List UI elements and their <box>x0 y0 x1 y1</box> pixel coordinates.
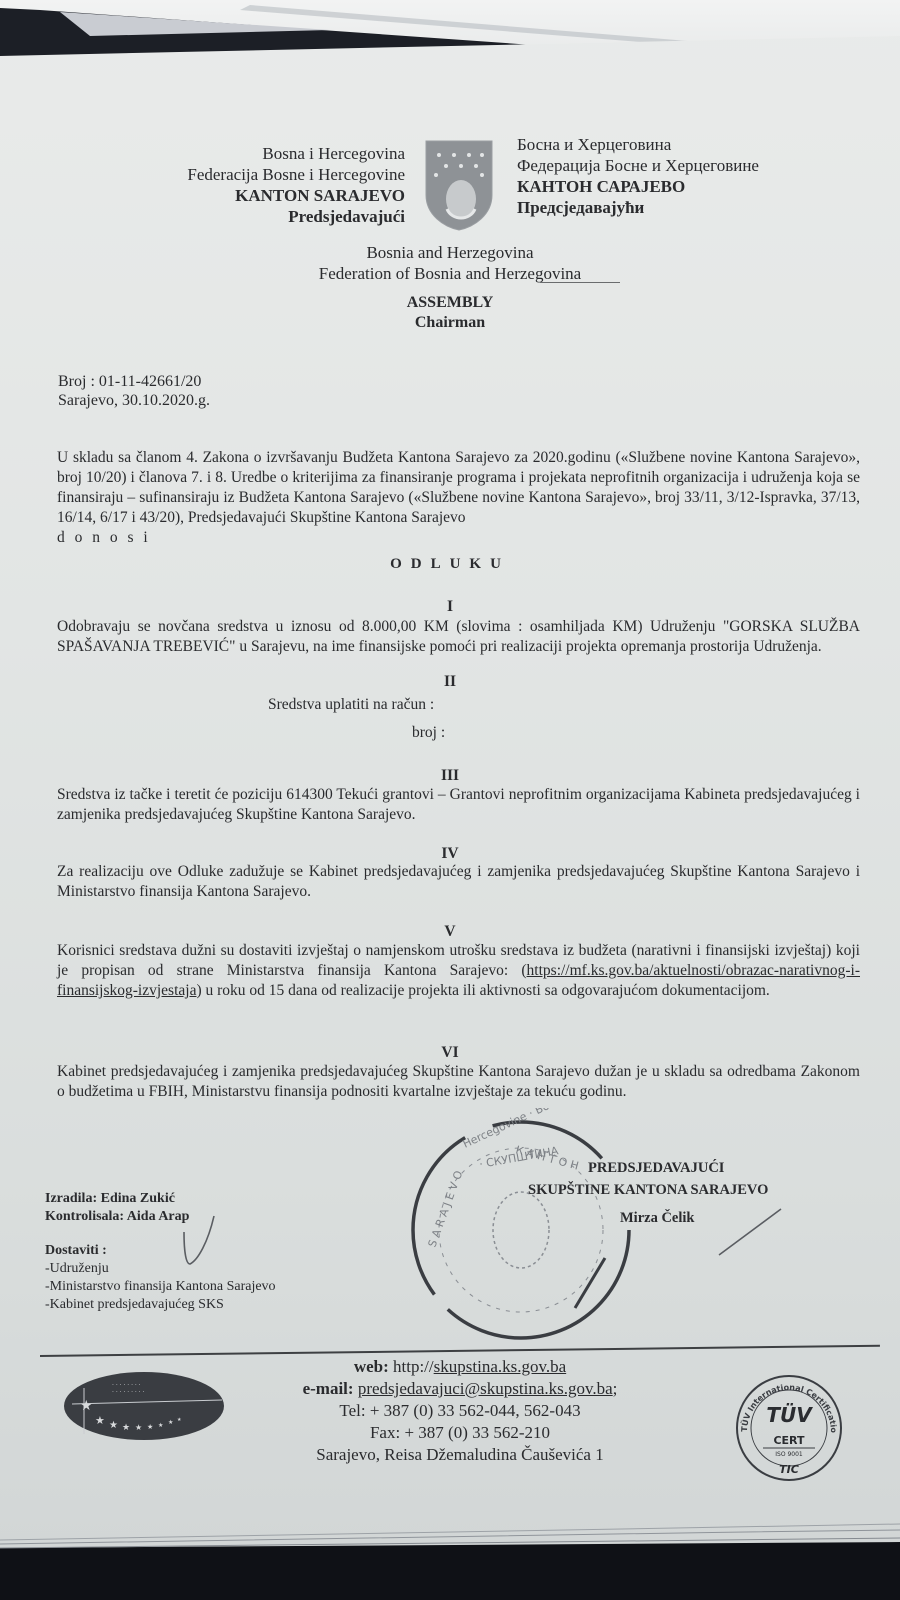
header-latin-country: Bosna i Hercegovina <box>120 143 405 164</box>
header-english-federation: Federation of Bosnia and Herzegovina <box>200 263 700 284</box>
section-5-text-after: ) u roku od 15 dana od realizacije proje… <box>196 982 769 999</box>
svg-text:ISO 9001: ISO 9001 <box>775 1451 803 1458</box>
svg-text:★: ★ <box>158 1422 163 1429</box>
svg-text:★: ★ <box>95 1415 105 1427</box>
preamble-end: d o n o s i <box>57 529 151 546</box>
contact-email: e-mail: predsjedavajuci@skupstina.ks.gov… <box>250 1378 670 1400</box>
recipient-1: -Udruženju <box>45 1260 276 1278</box>
section-5-text: Korisnici sredstava dužni su dostaviti i… <box>57 941 860 1001</box>
section-2-number-label: broj : <box>412 724 445 742</box>
svg-text:· · · · · · · ·: · · · · · · · · <box>112 1382 141 1389</box>
svg-text:TIC: TIC <box>779 1463 799 1476</box>
section-2-account-label: Sredstva uplatiti na račun : <box>268 696 434 714</box>
header-cyrillic-country: Босна и Херцеговина <box>517 134 817 155</box>
header-latin-federation: Federacija Bosne i Hercegovine <box>120 164 405 185</box>
header-rule <box>540 282 620 283</box>
recipient-2: -Ministarstvo finansija Kantona Sarajevo <box>45 1278 276 1296</box>
header-english: Bosnia and Herzegovina Federation of Bos… <box>200 242 700 284</box>
svg-text:★: ★ <box>80 1399 93 1414</box>
web-label: web: <box>354 1357 389 1376</box>
prepared-block: Izradila: Edina Zukić Kontrolisala: Aida… <box>45 1190 276 1314</box>
svg-text:S A R A J E V O: S A R A J E V O <box>426 1169 466 1249</box>
web-prefix: http:// <box>393 1357 434 1376</box>
svg-text:★: ★ <box>177 1417 182 1423</box>
contact-web: web: http://skupstina.ks.gov.ba <box>250 1356 670 1378</box>
email-link[interactable]: predsjedavajuci@skupstina.ks.gov.ba <box>358 1379 613 1398</box>
header-assembly: ASSEMBLY Chairman <box>300 293 600 333</box>
preamble: U skladu sa članom 4. Zakona o izvršavan… <box>57 448 860 548</box>
checked-by: Kontrolisala: Aida Arap <box>45 1208 276 1226</box>
svg-text:· · · · · · · · ·: · · · · · · · · · <box>112 1389 145 1396</box>
header-cyrillic-federation: Федерација Босне и Херцеговине <box>517 155 817 176</box>
recipient-3: -Kabinet predsjedavajućeg SKS <box>45 1296 276 1314</box>
svg-text:★: ★ <box>109 1420 118 1431</box>
header-latin-office: Predsjedavajući <box>120 206 405 227</box>
contact-address: Sarajevo, Reisa Džemaludina Čauševića 1 <box>250 1444 670 1466</box>
email-suffix: ; <box>613 1379 618 1398</box>
svg-text:★: ★ <box>122 1422 130 1432</box>
contact-block: web: http://skupstina.ks.gov.ba e-mail: … <box>250 1356 670 1466</box>
svg-text:★: ★ <box>147 1423 153 1431</box>
header-assembly-title: ASSEMBLY <box>300 293 600 313</box>
tuv-certification-seal-icon: TÜV International Certification TÜV CERT… <box>733 1372 845 1484</box>
header-assembly-chairman: Chairman <box>300 313 600 333</box>
section-6-text: Kabinet predsjedavajućeg i zamjenika pre… <box>57 1062 860 1102</box>
section-3-text: Sredstva iz tačke i teretit će poziciju … <box>57 785 860 825</box>
decision-title: ODLUKU <box>300 556 600 573</box>
svg-text:★: ★ <box>168 1419 173 1426</box>
header-cyrillic-canton: КАНТОН САРАЈЕВО <box>517 176 817 197</box>
deliver-label: Dostaviti : <box>45 1242 276 1260</box>
document-meta: Broj : 01-11-42661/20 Sarajevo, 30.10.20… <box>58 372 210 410</box>
section-5-number: V <box>300 923 600 941</box>
signature-title-2: SKUPŠTINE KANTONA SARAJEVO <box>528 1179 818 1201</box>
contact-tel: Tel: + 387 (0) 33 562-044, 562-043 <box>250 1400 670 1422</box>
section-4-number: IV <box>300 845 600 863</box>
section-2-number: II <box>300 673 600 691</box>
preamble-text: U skladu sa članom 4. Zakona o izvršavan… <box>57 449 860 526</box>
svg-text:Hercegovine · Босна и Херцегов: Hercegovine · Босна и Херцеговина <box>461 1108 637 1151</box>
header-latin: Bosna i Hercegovina Federacija Bosne i H… <box>120 143 405 227</box>
header-cyrillic-office: Предсједавајући <box>517 197 817 218</box>
header-cyrillic: Босна и Херцеговина Федерација Босне и Х… <box>517 134 817 218</box>
section-4-text: Za realizaciju ove Odluke zadužuje se Ka… <box>57 862 860 902</box>
svg-text:TÜV: TÜV <box>766 1403 813 1427</box>
initials-signature-icon <box>178 1212 218 1272</box>
section-6-number: VI <box>300 1044 600 1062</box>
svg-text:★: ★ <box>135 1423 142 1432</box>
prepared-by: Izradila: Edina Zukić <box>45 1190 276 1208</box>
document-place-date: Sarajevo, 30.10.2020.g. <box>58 391 210 410</box>
header-latin-canton: KANTON SARAJEVO <box>120 185 405 206</box>
document-number: Broj : 01-11-42661/20 <box>58 372 210 391</box>
contact-fax: Fax: + 387 (0) 33 562-210 <box>250 1422 670 1444</box>
header-english-country: Bosnia and Herzegovina <box>200 242 700 263</box>
signature-title-1: PREDSJEDAVAJUĆI <box>528 1157 818 1179</box>
svg-text:CERT: CERT <box>773 1434 805 1447</box>
email-label: e-mail: <box>303 1379 354 1398</box>
quality-award-badge-icon: · · · · · · · · · · · · · · · · · ★ ★ ★ … <box>62 1370 227 1442</box>
web-link[interactable]: skupstina.ks.gov.ba <box>434 1357 567 1376</box>
section-1-number: I <box>300 598 600 616</box>
section-3-number: III <box>300 767 600 785</box>
coat-of-arms-icon <box>424 139 494 231</box>
stacked-page-edges <box>0 1520 900 1560</box>
handwritten-signature-icon <box>715 1205 785 1260</box>
section-1-text: Odobravaju se novčana sredstva u iznosu … <box>57 617 860 657</box>
